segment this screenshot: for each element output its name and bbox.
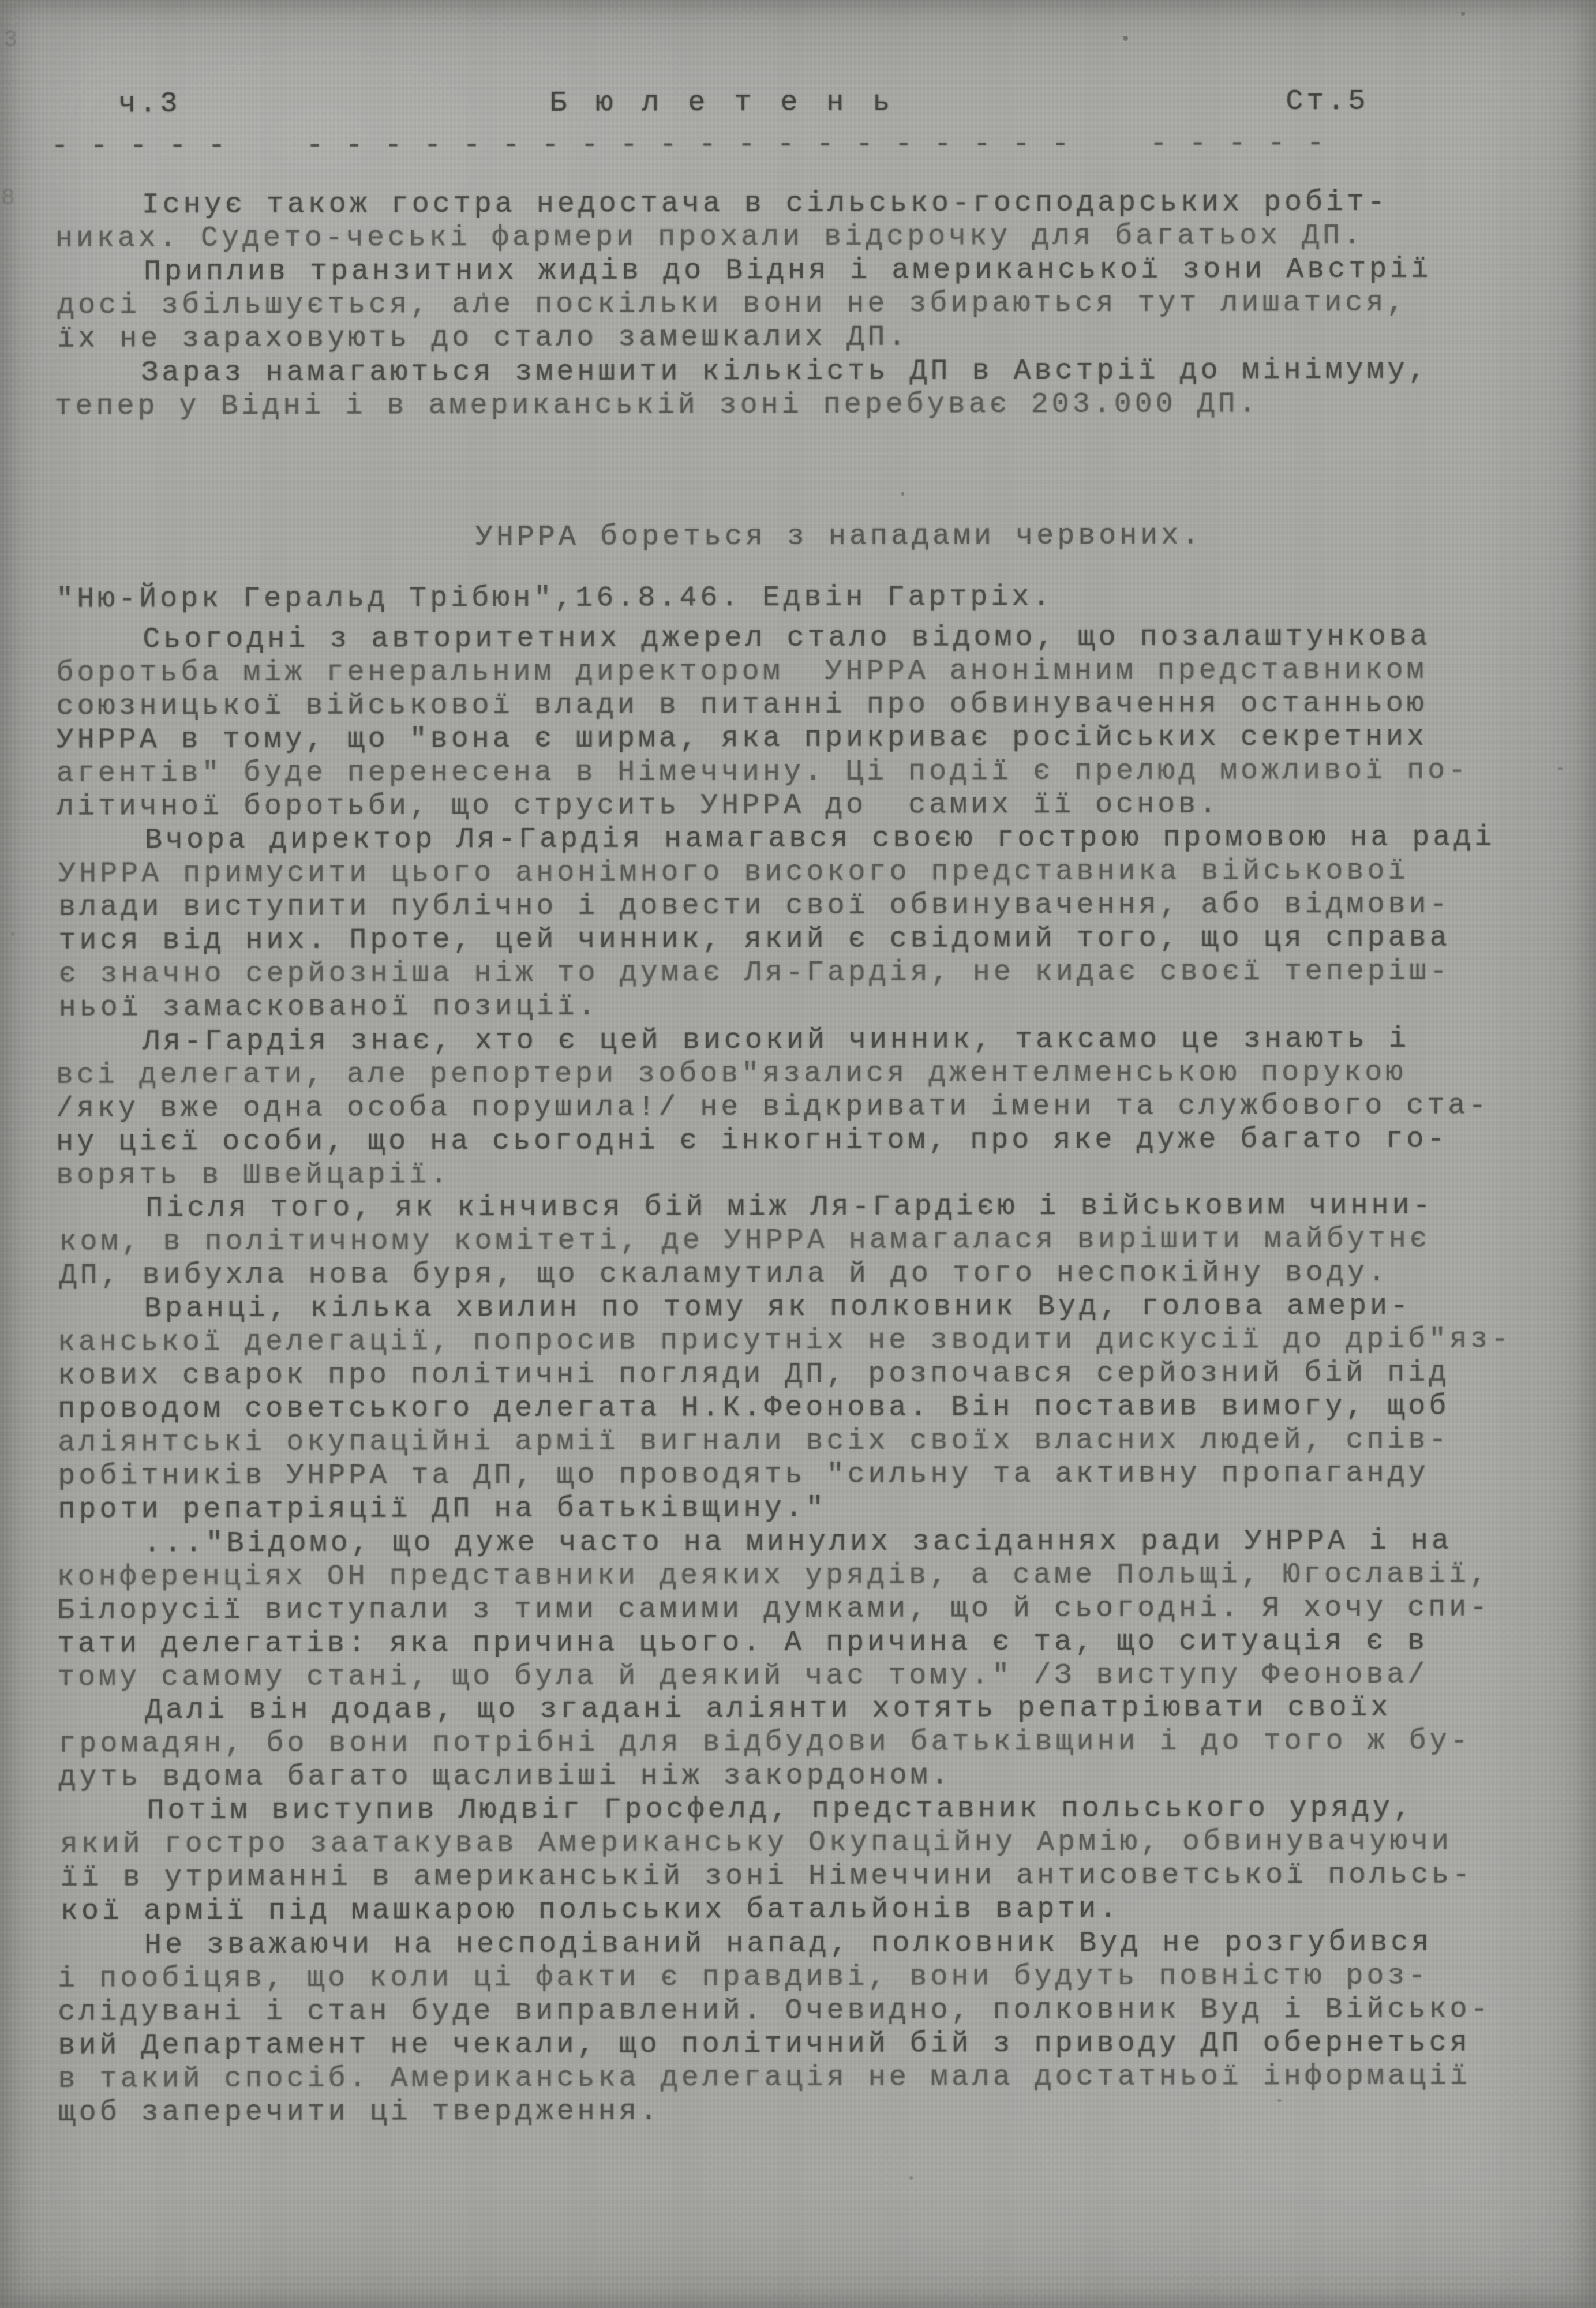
- article-body: Сьогодні з авторитетних джерел стало від…: [56, 620, 1582, 2130]
- text-line: боротьба між генеральним директором УНРР…: [56, 654, 1579, 691]
- article-title: УНРРА бореться з нападами червоних.: [475, 520, 1202, 554]
- text-line: робітників УНРРА та ДП, що проводять "си…: [58, 1457, 1581, 1494]
- paragraph: ..."Відомо, що дуже часто на минулих зас…: [58, 1524, 1582, 1695]
- text-line: Далі він додав, що згадані аліянти хотят…: [58, 1691, 1582, 1728]
- scan-content: ч.3 Б ю л е т е н ь Ст.5 - - - - - - - -…: [0, 0, 1596, 2]
- text-line: союзницької військової влади в питанні п…: [57, 687, 1580, 724]
- text-line: тати делегатів: яка причина цього. А при…: [57, 1625, 1580, 1662]
- bulletin-title: Б ю л е т е н ь: [549, 87, 896, 120]
- dashed-rule: - - - - - - - - - - - - - - - - - - - - …: [51, 126, 1563, 162]
- text-line: Існує також гостра недостача в сільсько-…: [55, 186, 1556, 222]
- text-line: УНРРА примусити цього анонімного високог…: [58, 855, 1582, 891]
- text-line: Ля-Гардія знає, хто є цей високий чинник…: [56, 1022, 1579, 1059]
- ink-speck: [901, 492, 904, 496]
- paragraph: Не зважаючи на несподіваний напад, полко…: [59, 1925, 1583, 2130]
- text-line: /яку вже одна особа порушила!/ не відкри…: [56, 1089, 1579, 1126]
- edge-mark: .: [6, 917, 20, 943]
- text-line: кої армії під машкарою польських батальй…: [61, 1892, 1584, 1929]
- paragraph: Зараз намагаються зменшити кількість ДП …: [55, 353, 1556, 423]
- ink-speck: [909, 2176, 913, 2180]
- text-line: всі делегати, але репортери зобов"язалис…: [56, 1056, 1579, 1093]
- issue-number: ч.3: [118, 88, 181, 121]
- edge-mark: 8: [1, 186, 15, 212]
- paragraph: Вранці, кілька хвилин по тому як полковн…: [58, 1290, 1582, 1527]
- text-line: її в утриманні в американській зоні Німе…: [61, 1859, 1584, 1895]
- text-line: літичної боротьби, що струсить УНРРА до …: [57, 788, 1580, 825]
- text-line: агентів" буде перенесена в Німеччину. Ці…: [57, 754, 1580, 791]
- intro-section: Існує також гостра недостача в сільсько-…: [55, 186, 1556, 423]
- text-line: ком, в політичному комітеті, де УНРРА на…: [59, 1223, 1582, 1260]
- text-line: в такий спосіб. Американська делегація н…: [58, 2060, 1581, 2097]
- ink-speck: [1461, 12, 1465, 16]
- text-line: громадян, бо вони потрібні для відбудови…: [58, 1725, 1582, 1762]
- text-line: тепер у Відні і в американській зоні пер…: [54, 387, 1554, 424]
- text-line: слідувані і стан буде виправлений. Очеви…: [58, 1993, 1581, 2030]
- text-line: ДП, вибухла нова буря, що скаламутила й …: [59, 1256, 1583, 1293]
- edge-mark: 3: [3, 28, 17, 54]
- document-page: ч.3 Б ю л е т е н ь Ст.5 - - - - - - - -…: [0, 0, 1596, 2308]
- paragraph: Далі він додав, що згадані аліянти хотят…: [58, 1691, 1582, 1795]
- text-line: досі збільшується, але поскільки вони не…: [57, 286, 1557, 323]
- text-line: тися від них. Проте, цей чинник, який є …: [58, 921, 1582, 958]
- text-line: аліянтські окупаційні армії вигнали всіх…: [58, 1423, 1581, 1460]
- page-number: Ст.5: [1286, 85, 1369, 118]
- text-line: канської делегації, попросив присутніх н…: [58, 1323, 1581, 1360]
- text-line: ньої замаскованої позиції.: [59, 988, 1582, 1025]
- text-line: Приплив транзитних жидів до Відня і амер…: [57, 253, 1557, 289]
- text-line: і пообіцяв, що коли ці факти є правдиві,…: [58, 1959, 1581, 1996]
- text-line: Після того, як кінчився бій між Ля-Гарді…: [59, 1189, 1582, 1226]
- paragraph: Після того, як кінчився бій між Ля-Гарді…: [57, 1189, 1580, 1293]
- paragraph: Вчора директор Ля-Гардія намагався своєю…: [57, 821, 1580, 1025]
- text-line: вий Департамент не чекали, що політичний…: [58, 2026, 1581, 2063]
- text-line: Вчора директор Ля-Гардія намагався своєю…: [58, 821, 1582, 858]
- text-line: який гостро заатакував Американську Окуп…: [61, 1825, 1584, 1862]
- text-line: Потім виступив Людвіг Гросфелд, представ…: [61, 1792, 1584, 1829]
- text-line: влади виступити публічно і довести свої …: [58, 888, 1582, 925]
- text-line: УНРРА в тому, що "вона є ширма, яка прик…: [57, 721, 1580, 758]
- article-byline: "Ню-Йорк Геральд Трібюн",16.8.46. Едвін …: [56, 581, 1053, 616]
- text-line: кових сварок про політичні погляди ДП, р…: [58, 1357, 1581, 1393]
- paragraph: Приплив транзитних жидів до Відня і амер…: [55, 253, 1556, 356]
- text-line: є значно серйозніша ніж то думає Ля-Гард…: [58, 955, 1582, 992]
- text-line: щоб заперечити ці твердження.: [58, 2093, 1582, 2130]
- text-line: Не зважаючи на несподіваний напад, полко…: [58, 1926, 1581, 1963]
- text-line: Вранці, кілька хвилин по тому як полковн…: [58, 1290, 1581, 1327]
- text-line: Білорусії виступали з тими самими думкам…: [57, 1591, 1580, 1628]
- paragraph: Сьогодні з авторитетних джерел стало від…: [56, 620, 1580, 825]
- text-line: дуть вдома багато щасливіші ніж закордон…: [58, 1758, 1582, 1795]
- paragraph: Потім виступив Людвіг Гросфелд, представ…: [59, 1792, 1582, 1929]
- text-line: тому самому стані, що була й деякий час …: [57, 1658, 1580, 1695]
- text-line: конференціях ОН представники деяких уряд…: [57, 1558, 1580, 1595]
- page-header: ч.3 Б ю л е т е н ь Ст.5: [0, 85, 1596, 124]
- text-line: їх не зараховують до стало замешкалих ДП…: [57, 320, 1557, 356]
- text-line: Зараз намагаються зменшити кількість ДП …: [54, 354, 1554, 390]
- text-line: ..."Відомо, що дуже часто на минулих зас…: [57, 1524, 1580, 1561]
- ink-speck: [1123, 36, 1128, 41]
- text-line: Сьогодні з авторитетних джерел стало від…: [56, 620, 1579, 657]
- paragraph: Ля-Гардія знає, хто є цей високий чинник…: [57, 1022, 1581, 1193]
- text-line: ну цієї особи, що на сьогодні є інкогніт…: [56, 1123, 1579, 1160]
- text-line: проводом советського делегата Н.К.Феонов…: [58, 1390, 1581, 1427]
- paragraph: Існує також гостра недостача в сільсько-…: [55, 186, 1556, 256]
- text-line: ворять в Швейцарії.: [56, 1156, 1579, 1193]
- text-line: проти репатріяції ДП на батьківщину.": [58, 1490, 1581, 1527]
- text-line: никах. Судето-чеські фармери прохали від…: [55, 219, 1556, 256]
